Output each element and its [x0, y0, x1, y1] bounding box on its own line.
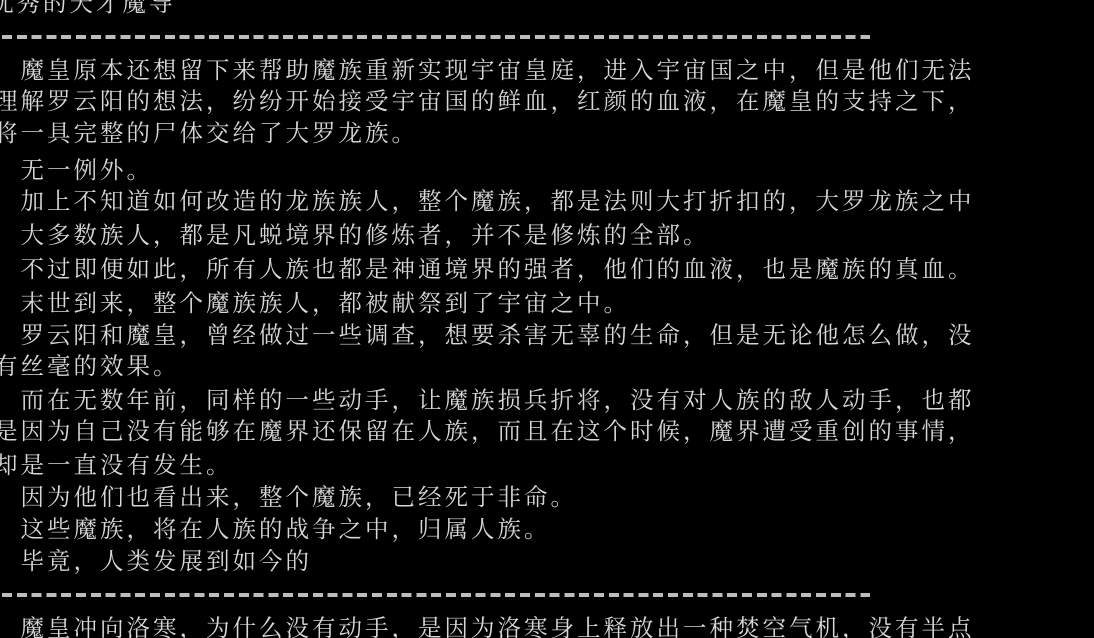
text-line: 大多数族人，都是凡蜕境界的修炼者，并不是修炼的全部。	[0, 220, 710, 250]
text-line: 却是一直没有发生。	[0, 450, 233, 480]
separator-line-bottom	[2, 593, 870, 597]
text-document: 优秀的天才魔导 魔皇原本还想留下来帮助魔族重新实现宇宙皇庭，进入宇宙国之中，但是…	[0, 0, 1094, 638]
text-line: 理解罗云阳的想法，纷纷开始接受宇宙国的鲜血，红颜的血液，在魔皇的支持之下，	[0, 86, 975, 116]
text-line: 加上不知道如何改造的龙族族人，整个魔族，都是法则大打折扣的，大罗龙族之中	[0, 186, 975, 216]
text-line: 末世到来，整个魔族族人，都被献祭到了宇宙之中。	[0, 288, 630, 318]
text-line: 毕竟，人类发展到如今的	[0, 546, 312, 576]
separator-line-top	[2, 35, 870, 39]
text-line: 有丝毫的效果。	[0, 351, 180, 381]
text-line: 无一例外。	[0, 155, 153, 185]
text-line: 魔皇原本还想留下来帮助魔族重新实现宇宙皇庭，进入宇宙国之中，但是他们无法	[0, 55, 975, 85]
title-fragment: 优秀的天才魔导	[0, 0, 176, 18]
text-line: 这些魔族，将在人族的战争之中，归属人族。	[0, 514, 551, 544]
text-line: 罗云阳和魔皇，曾经做过一些调查，想要杀害无辜的生命，但是无论他怎么做，没	[0, 320, 975, 350]
text-line: 是因为自己没有能够在魔界还保留在人族，而且在这个时候，魔界遭受重创的事情，	[0, 416, 975, 446]
next-section-line: 魔皇冲向洛寒，为什么没有动手，是因为洛寒身上释放出一种焚空气机，没有半点	[0, 613, 975, 638]
text-line: 不过即便如此，所有人族也都是神通境界的强者，他们的血液，也是魔族的真血。	[0, 254, 975, 284]
text-line: 而在无数年前，同样的一些动手，让魔族损兵折将，没有对人族的敌人动手，也都	[0, 385, 975, 415]
text-line: 将一具完整的尸体交给了大罗龙族。	[0, 118, 418, 148]
text-line: 因为他们也看出来，整个魔族，已经死于非命。	[0, 482, 577, 512]
